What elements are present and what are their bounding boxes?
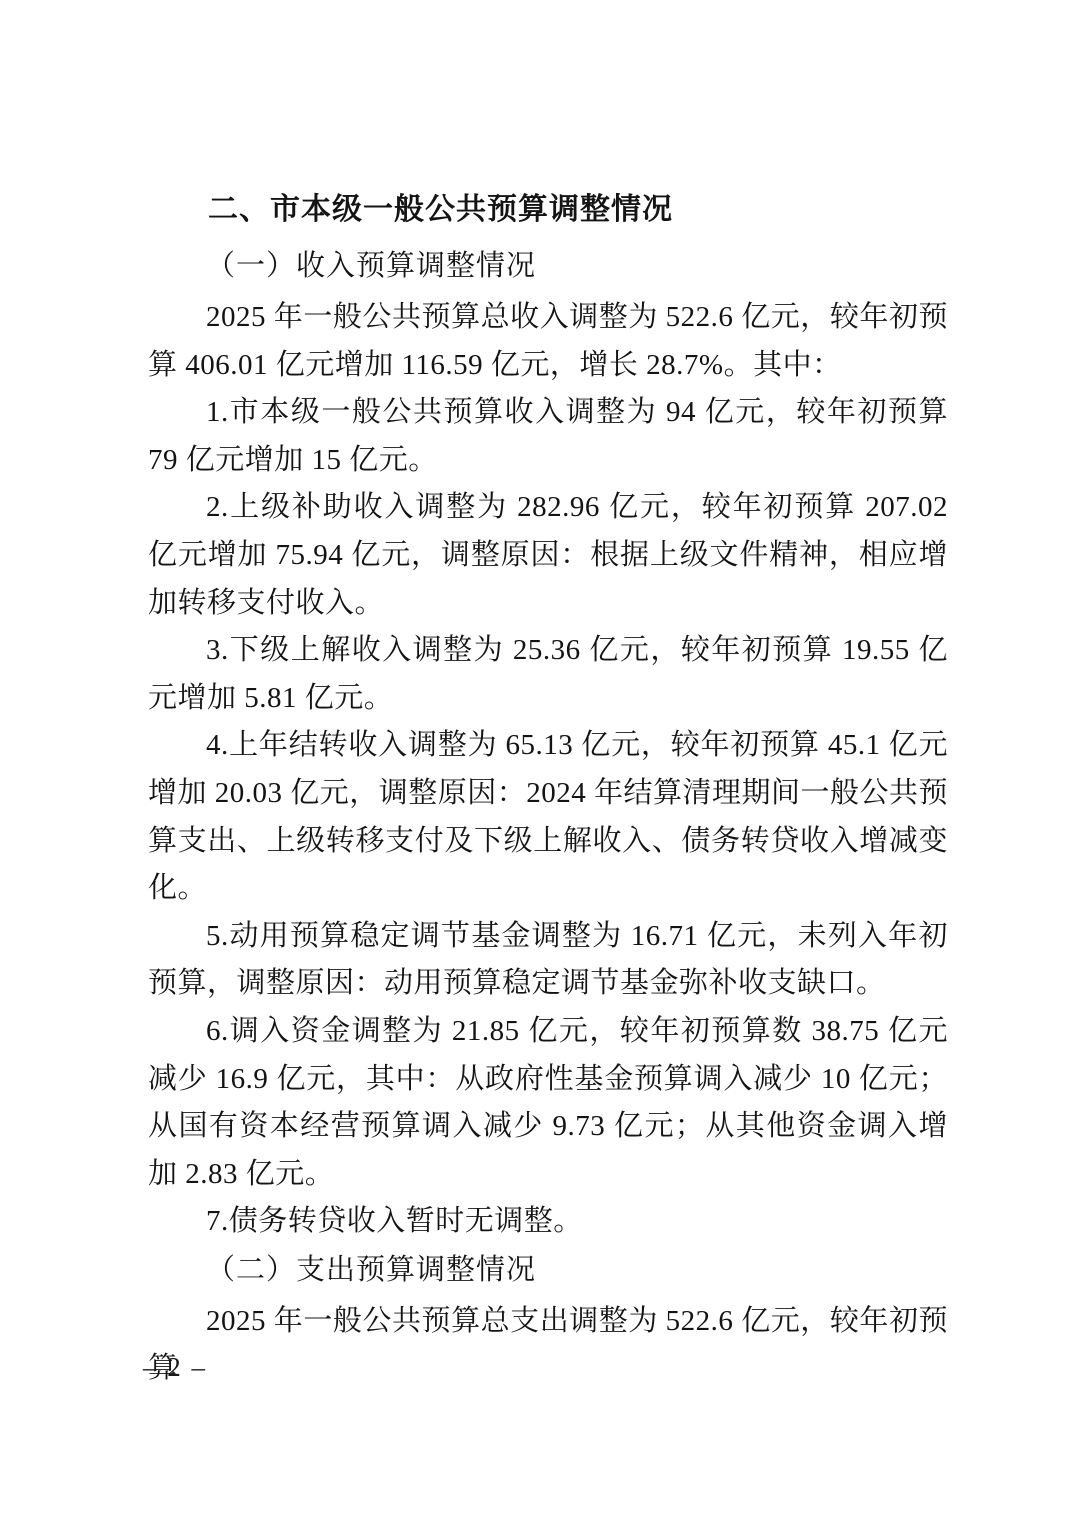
paragraph-item-7-debt-loan-income: 7.债务转贷收入暂时无调整。 [148,1198,948,1246]
paragraph-item-4-carryover-income: 4.上年结转收入调整为 65.13 亿元，较年初预算 45.1 亿元增加 20.… [148,722,948,912]
page-number: – 2 – [143,1352,207,1383]
paragraph-item-3-remitted-income: 3.下级上解收入调整为 25.36 亿元，较年初预算 19.55 亿元增加 5.… [148,627,948,722]
paragraph-item-6-transferred-funds: 6.调入资金调整为 21.85 亿元，较年初预算数 38.75 亿元减少 16.… [148,1008,948,1198]
document-page: 二、市本级一般公共预算调整情况 （一）收入预算调整情况 2025 年一般公共预算… [0,0,1074,1520]
section-heading-budget-adjustment: 二、市本级一般公共预算调整情况 [148,186,948,234]
subheading-expenditure-adjustment: （二）支出预算调整情况 [148,1246,948,1294]
paragraph-item-1-city-level: 1.市本级一般公共预算收入调整为 94 亿元，较年初预算 79 亿元增加 15 … [148,389,948,484]
subheading-revenue-adjustment: （一）收入预算调整情况 [148,242,948,290]
paragraph-total-expenditure: 2025 年一般公共预算总支出调整为 522.6 亿元，较年初预算 [148,1298,948,1393]
paragraph-item-5-stabilization-fund: 5.动用预算稳定调节基金调整为 16.71 亿元，未列入年初预算，调整原因：动用… [148,913,948,1008]
paragraph-total-revenue: 2025 年一般公共预算总收入调整为 522.6 亿元，较年初预算 406.01… [148,294,948,389]
paragraph-item-2-subsidy-income: 2.上级补助收入调整为 282.96 亿元，较年初预算 207.02 亿元增加 … [148,484,948,627]
document-body: 二、市本级一般公共预算调整情况 （一）收入预算调整情况 2025 年一般公共预算… [148,186,948,1393]
